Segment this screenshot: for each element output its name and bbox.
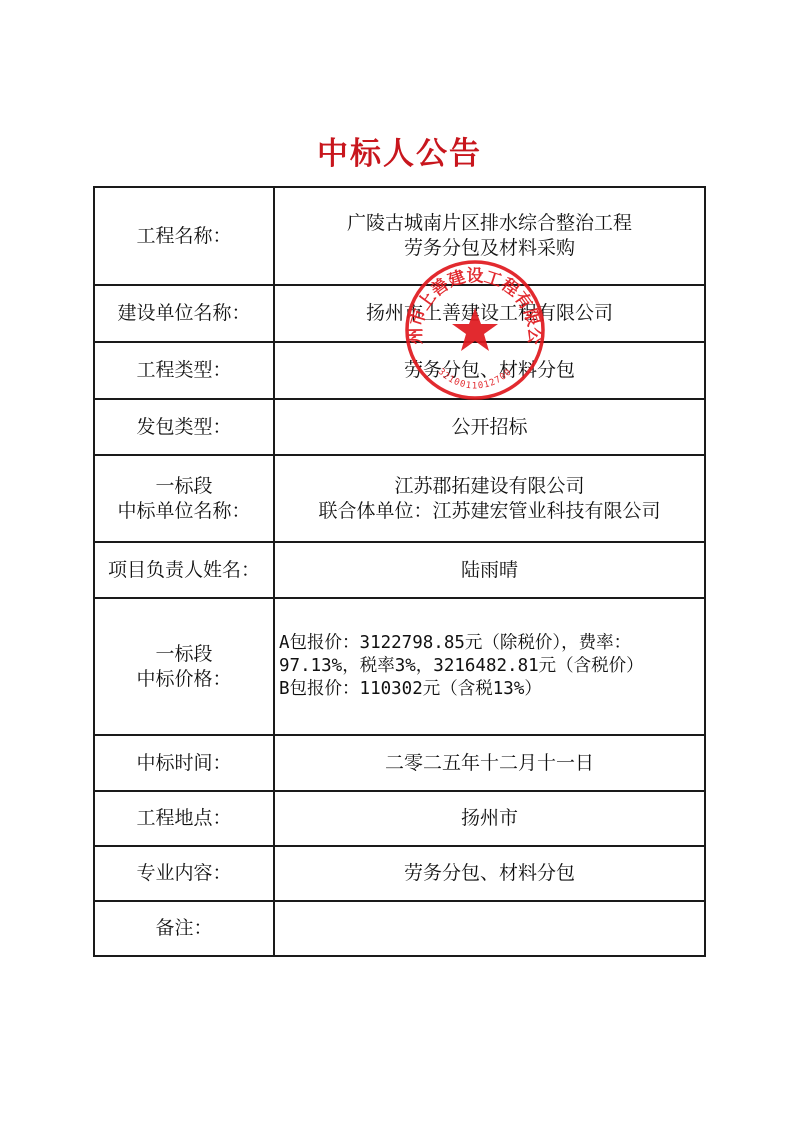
row-project-name: 工程名称： 广陵古城南片区排水综合整治工程 劳务分包及材料采购 — [94, 187, 705, 285]
award-notice-table: 工程名称： 广陵古城南片区排水综合整治工程 劳务分包及材料采购 建设单位名称： … — [93, 186, 706, 957]
value-project-location: 扬州市 — [274, 791, 705, 846]
row-winning-bidder: 一标段 中标单位名称： 江苏郡拓建设有限公司 联合体单位：江苏建宏管业科技有限公… — [94, 455, 705, 542]
value-winning-bidder: 江苏郡拓建设有限公司 联合体单位：江苏建宏管业科技有限公司 — [274, 455, 705, 542]
value-contract-type: 公开招标 — [274, 399, 705, 455]
row-award-date: 中标时间： 二零二五年十二月十一日 — [94, 735, 705, 791]
label-client-name: 建设单位名称： — [94, 285, 274, 342]
label-winning-bidder: 一标段 中标单位名称： — [94, 455, 274, 542]
value-project-manager: 陆雨晴 — [274, 542, 705, 598]
label-contract-type: 发包类型： — [94, 399, 274, 455]
row-remarks: 备注： — [94, 901, 705, 956]
row-contract-type: 发包类型： 公开招标 — [94, 399, 705, 455]
row-scope: 专业内容： 劳务分包、材料分包 — [94, 846, 705, 901]
label-winning-price: 一标段 中标价格： — [94, 598, 274, 735]
label-scope: 专业内容： — [94, 846, 274, 901]
row-project-location: 工程地点： 扬州市 — [94, 791, 705, 846]
value-client-name: 扬州市上善建设工程有限公司 — [274, 285, 705, 342]
value-scope: 劳务分包、材料分包 — [274, 846, 705, 901]
value-project-type: 劳务分包、材料分包 — [274, 342, 705, 399]
page-title: 中标人公告 — [0, 128, 799, 173]
label-award-date: 中标时间： — [94, 735, 274, 791]
value-project-name: 广陵古城南片区排水综合整治工程 劳务分包及材料采购 — [274, 187, 705, 285]
value-remarks — [274, 901, 705, 956]
row-client-name: 建设单位名称： 扬州市上善建设工程有限公司 — [94, 285, 705, 342]
row-project-type: 工程类型： 劳务分包、材料分包 — [94, 342, 705, 399]
row-winning-price: 一标段 中标价格： A包报价：3122798.85元（除税价），费率： 97.1… — [94, 598, 705, 735]
label-project-location: 工程地点： — [94, 791, 274, 846]
value-winning-price: A包报价：3122798.85元（除税价），费率： 97.13%，税率3%，32… — [274, 598, 705, 735]
label-project-name: 工程名称： — [94, 187, 274, 285]
label-project-type: 工程类型： — [94, 342, 274, 399]
value-award-date: 二零二五年十二月十一日 — [274, 735, 705, 791]
label-project-manager: 项目负责人姓名： — [94, 542, 274, 598]
label-remarks: 备注： — [94, 901, 274, 956]
row-project-manager: 项目负责人姓名： 陆雨晴 — [94, 542, 705, 598]
